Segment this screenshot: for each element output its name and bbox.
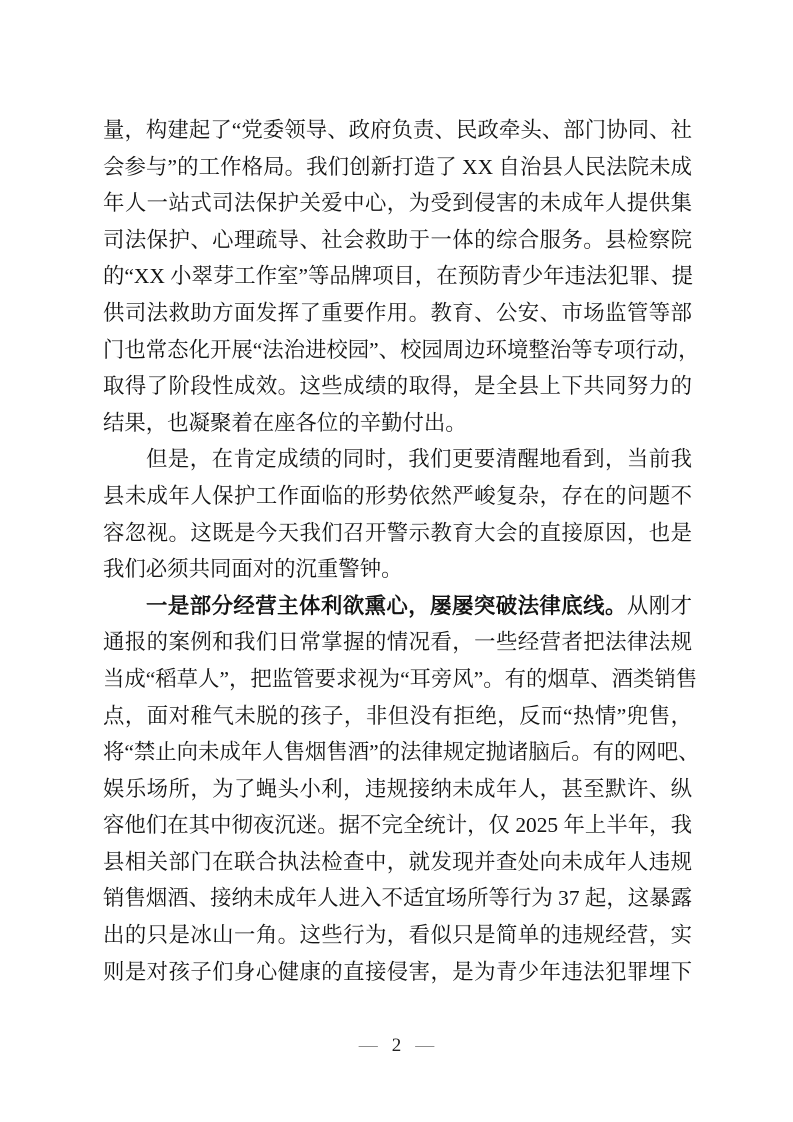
text-segment: 结果，也凝聚着在座各位的辛勤付出。: [103, 411, 467, 435]
text-line: 但是，在肯定成绩的同时，我们更要清醒地看到，当前我: [103, 441, 692, 478]
text-segment: 量，构建起了“党委领导、政府负责、民政牵头、部门协同、社: [103, 118, 692, 142]
text-line: 容忽视。这既是今天我们召开警示教育大会的直接原因，也是: [103, 515, 692, 552]
text-line: 通报的案例和我们日常掌握的情况看，一些经营者把法律法规: [103, 624, 692, 661]
text-segment: 取得了阶段性成效。这些成绩的取得，是全县上下共同努力的: [103, 374, 692, 398]
text-segment: 县未成年人保护工作面临的形势依然严峻复杂，存在的问题不: [103, 484, 692, 508]
text-segment: 销售烟酒、接纳未成年人进入不适宜场所等行为 37 起，这暴露: [103, 886, 692, 910]
text-line: 我们必须共同面对的沉重警钟。: [103, 551, 692, 588]
text-line: 门也常态化开展“法治进校园”、校园周边环境整治等专项行动，: [103, 332, 692, 369]
text-line: 结果，也凝聚着在座各位的辛勤付出。: [103, 405, 692, 442]
text-line: 供司法救助方面发挥了重要作用。教育、公安、市场监管等部: [103, 295, 692, 332]
text-line: 年人一站式司法保护关爱中心，为受到侵害的未成年人提供集: [103, 185, 692, 222]
text-segment: 县相关部门在联合执法检查中，就发现并查处向未成年人违规: [103, 850, 692, 874]
text-segment: 通报的案例和我们日常掌握的情况看，一些经营者把法律法规: [103, 630, 692, 654]
text-line: 点，面对稚气未脱的孩子，非但没有拒绝，反而“热情”兜售，: [103, 698, 692, 735]
text-line: 当成“稻草人”，把监管要求视为“耳旁风”。有的烟草、酒类销售: [103, 661, 692, 698]
text-segment: 从刚才: [627, 594, 692, 618]
footer-dash-right: —: [415, 1035, 434, 1056]
text-segment: 的“XX 小翠芽工作室”等品牌项目，在预防青少年违法犯罪、提: [103, 264, 693, 288]
text-line: 县未成年人保护工作面临的形势依然严峻复杂，存在的问题不: [103, 478, 692, 515]
text-segment: 则是对孩子们身心健康的直接侵害，是为青少年违法犯罪埋下: [103, 960, 692, 984]
text-segment: 当成“稻草人”，把监管要求视为“耳旁风”。有的烟草、酒类销售: [103, 667, 697, 691]
text-segment: 但是，在肯定成绩的同时，我们更要清醒地看到，当前我: [146, 447, 692, 471]
document-body: 量，构建起了“党委领导、政府负责、民政牵头、部门协同、社会参与”的工作格局。我们…: [103, 112, 692, 990]
page-footer: —2—: [0, 1033, 793, 1059]
text-line: 则是对孩子们身心健康的直接侵害，是为青少年违法犯罪埋下: [103, 954, 692, 991]
text-line: 销售烟酒、接纳未成年人进入不适宜场所等行为 37 起，这暴露: [103, 880, 692, 917]
text-line: 容他们在其中彻夜沉迷。据不完全统计，仅 2025 年上半年，我: [103, 807, 692, 844]
text-line: 取得了阶段性成效。这些成绩的取得，是全县上下共同努力的: [103, 368, 692, 405]
text-segment: 年人一站式司法保护关爱中心，为受到侵害的未成年人提供集: [103, 191, 692, 215]
page-number: 2: [392, 1033, 402, 1059]
text-segment: 点，面对稚气未脱的孩子，非但没有拒绝，反而“热情”兜售，: [103, 704, 692, 728]
text-segment: 容忽视。这既是今天我们召开警示教育大会的直接原因，也是: [103, 521, 692, 545]
footer-dash-left: —: [359, 1035, 378, 1056]
text-segment: 娱乐场所，为了蝇头小利，违规接纳未成年人，甚至默许、纵: [103, 777, 692, 801]
text-line: 量，构建起了“党委领导、政府负责、民政牵头、部门协同、社: [103, 112, 692, 149]
text-segment: 我们必须共同面对的沉重警钟。: [103, 557, 402, 581]
text-line: 出的只是冰山一角。这些行为，看似只是简单的违规经营，实: [103, 917, 692, 954]
text-line: 司法保护、心理疏导、社会救助于一体的综合服务。县检察院: [103, 222, 692, 259]
text-line: 县相关部门在联合执法检查中，就发现并查处向未成年人违规: [103, 844, 692, 881]
text-line: 娱乐场所，为了蝇头小利，违规接纳未成年人，甚至默许、纵: [103, 771, 692, 808]
text-segment: 会参与”的工作格局。我们创新打造了 XX 自治县人民法院未成: [103, 155, 692, 179]
text-line: 的“XX 小翠芽工作室”等品牌项目，在预防青少年违法犯罪、提: [103, 258, 692, 295]
text-line: 将“禁止向未成年人售烟售酒”的法律规定抛诸脑后。有的网吧、: [103, 734, 692, 771]
text-segment: 出的只是冰山一角。这些行为，看似只是简单的违规经营，实: [103, 923, 692, 947]
bold-text-segment: 一是部分经营主体利欲熏心，屡屡突破法律底线。: [146, 594, 627, 618]
text-segment: 门也常态化开展“法治进校园”、校园周边环境整治等专项行动，: [103, 338, 700, 362]
text-segment: 容他们在其中彻夜沉迷。据不完全统计，仅 2025 年上半年，我: [103, 813, 692, 837]
text-line: 会参与”的工作格局。我们创新打造了 XX 自治县人民法院未成: [103, 149, 692, 186]
text-segment: 司法保护、心理疏导、社会救助于一体的综合服务。县检察院: [103, 228, 692, 252]
document-page: 量，构建起了“党委领导、政府负责、民政牵头、部门协同、社会参与”的工作格局。我们…: [0, 0, 793, 1122]
text-segment: 供司法救助方面发挥了重要作用。教育、公安、市场监管等部: [103, 301, 692, 325]
text-segment: 将“禁止向未成年人售烟售酒”的法律规定抛诸脑后。有的网吧、: [103, 740, 700, 764]
text-line: 一是部分经营主体利欲熏心，屡屡突破法律底线。从刚才: [103, 588, 692, 625]
